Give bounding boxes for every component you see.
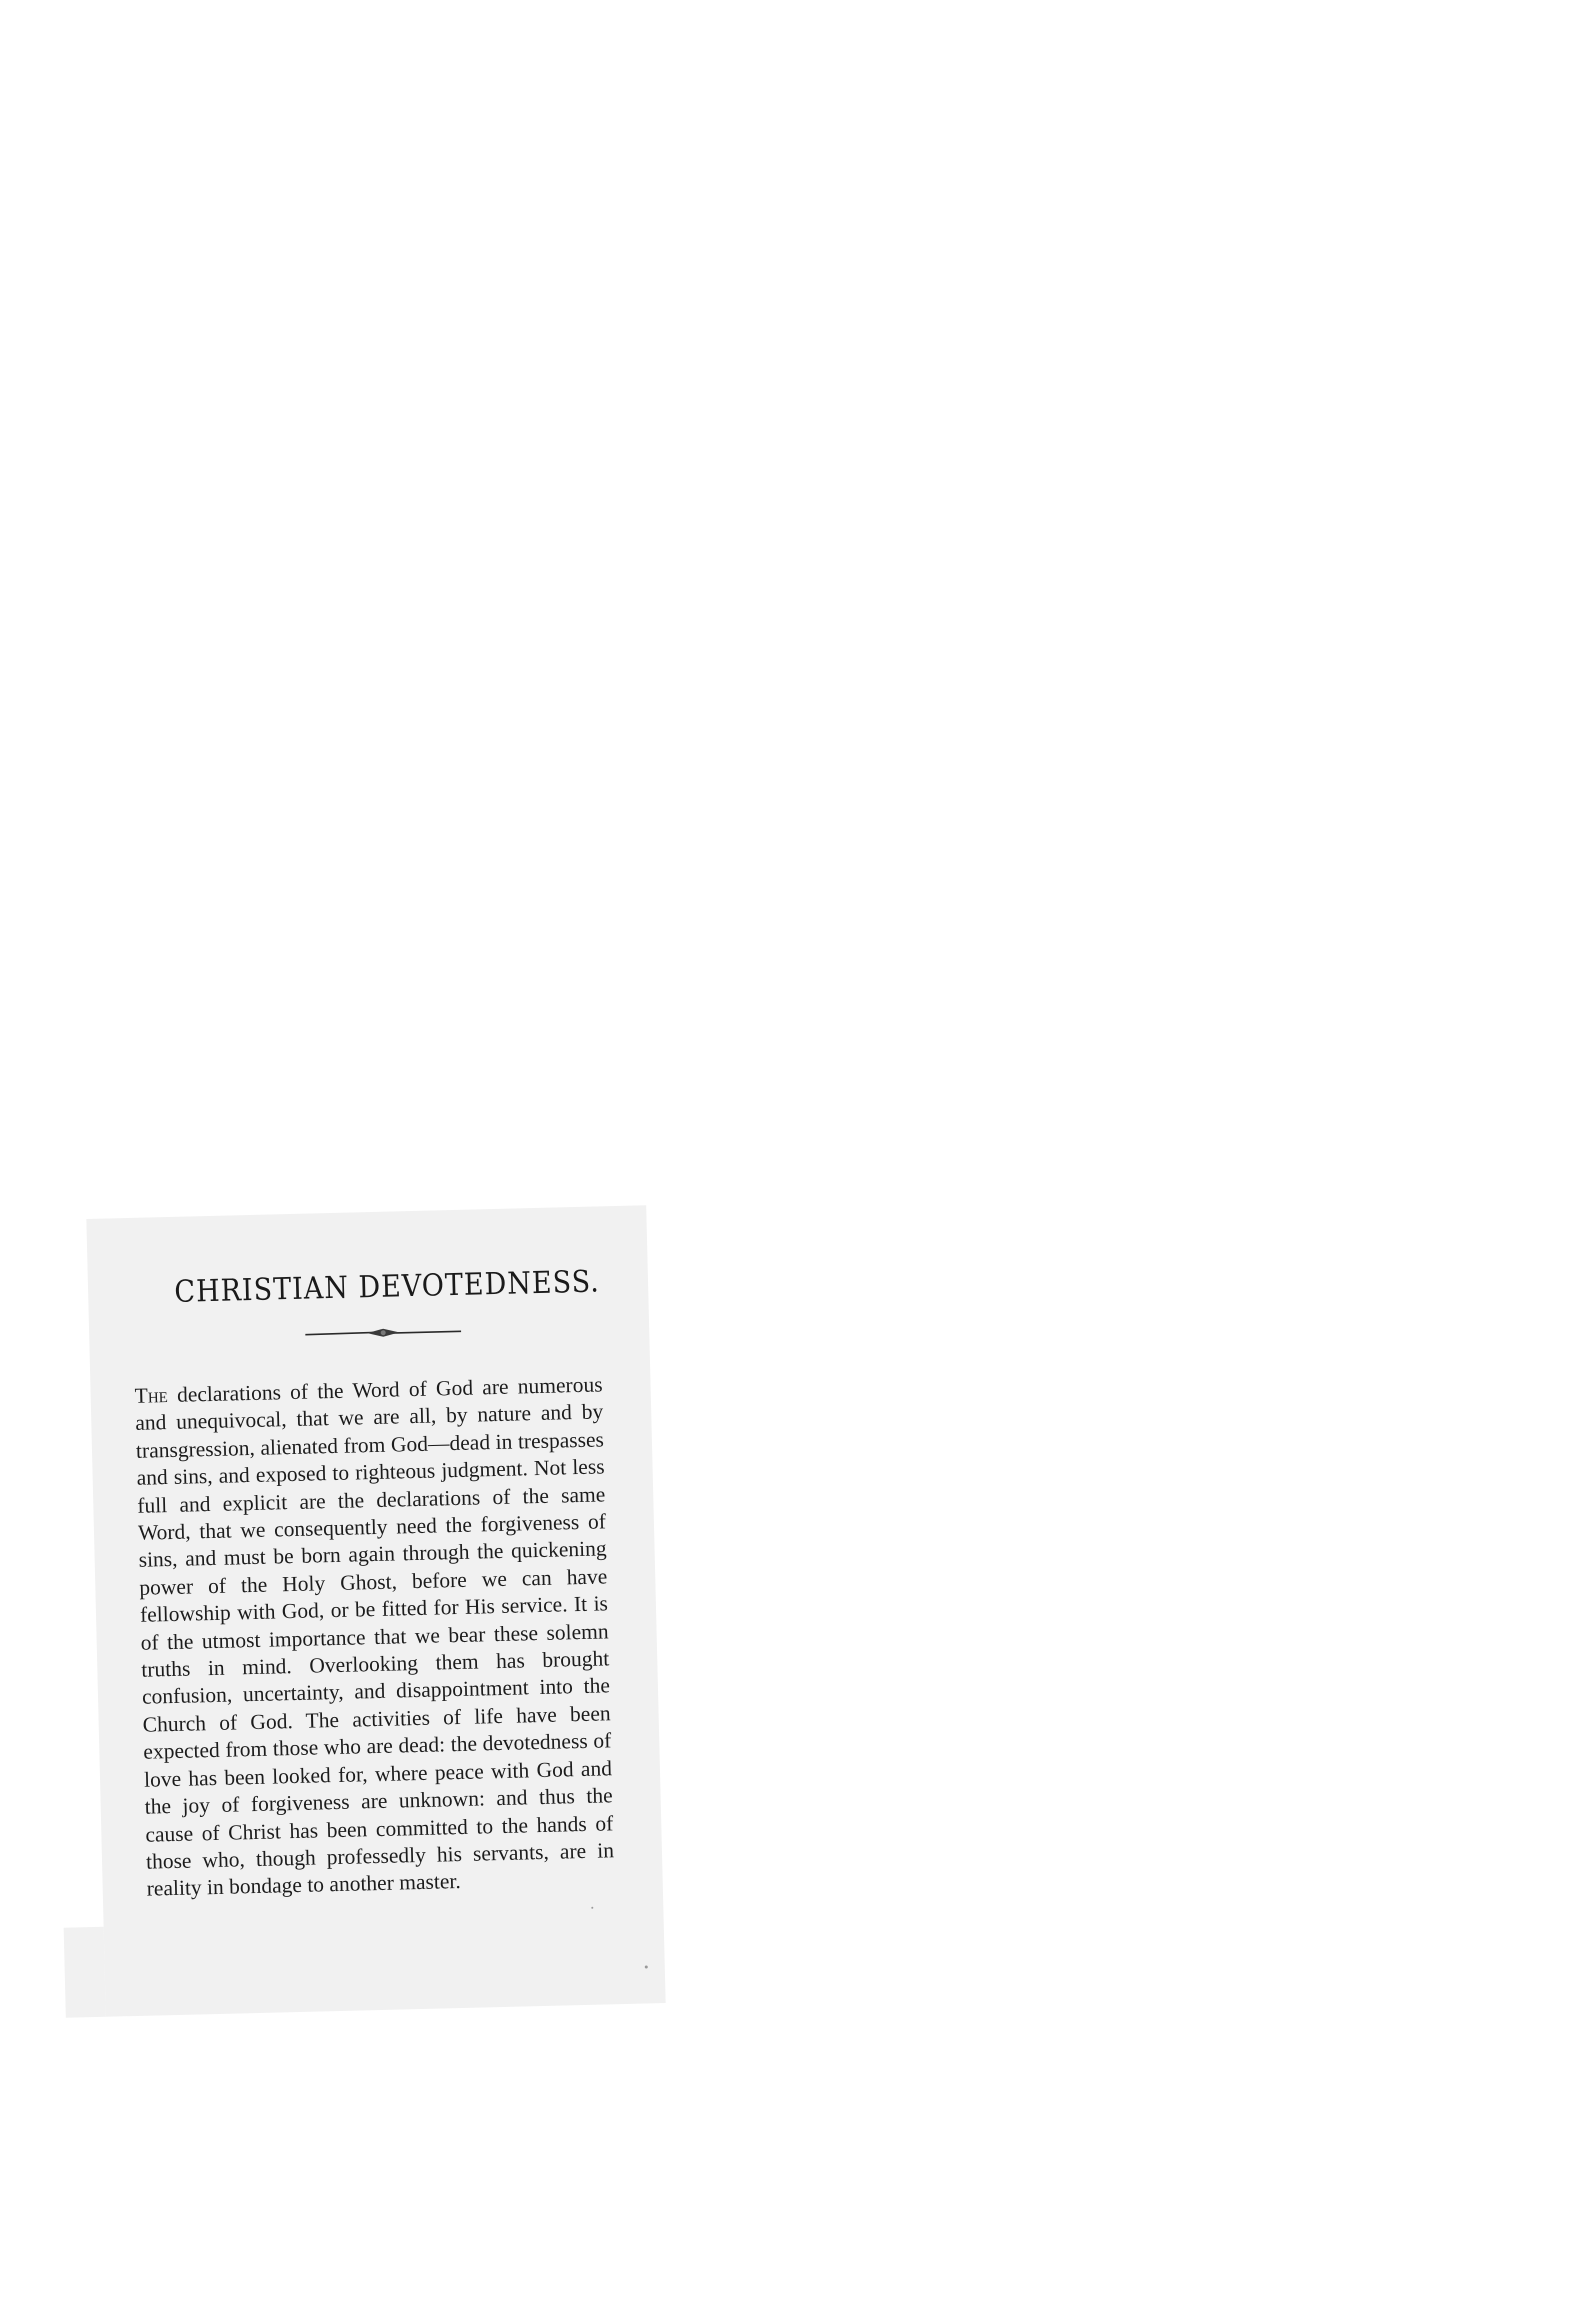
scan-speck bbox=[591, 1907, 593, 1909]
page-title: CHRISTIAN DEVOTEDNESS. bbox=[132, 1264, 613, 1310]
lead-smallcaps: The bbox=[134, 1383, 168, 1408]
scan-speck bbox=[645, 1965, 648, 1968]
ornament-rule-icon bbox=[305, 1325, 461, 1341]
scanned-page: CHRISTIAN DEVOTEDNESS. The declarations … bbox=[86, 1205, 665, 2016]
body-paragraph: The declarations of the Word of God are … bbox=[134, 1371, 627, 1903]
paragraph-text: declarations of the Word of God are nume… bbox=[135, 1372, 614, 1901]
